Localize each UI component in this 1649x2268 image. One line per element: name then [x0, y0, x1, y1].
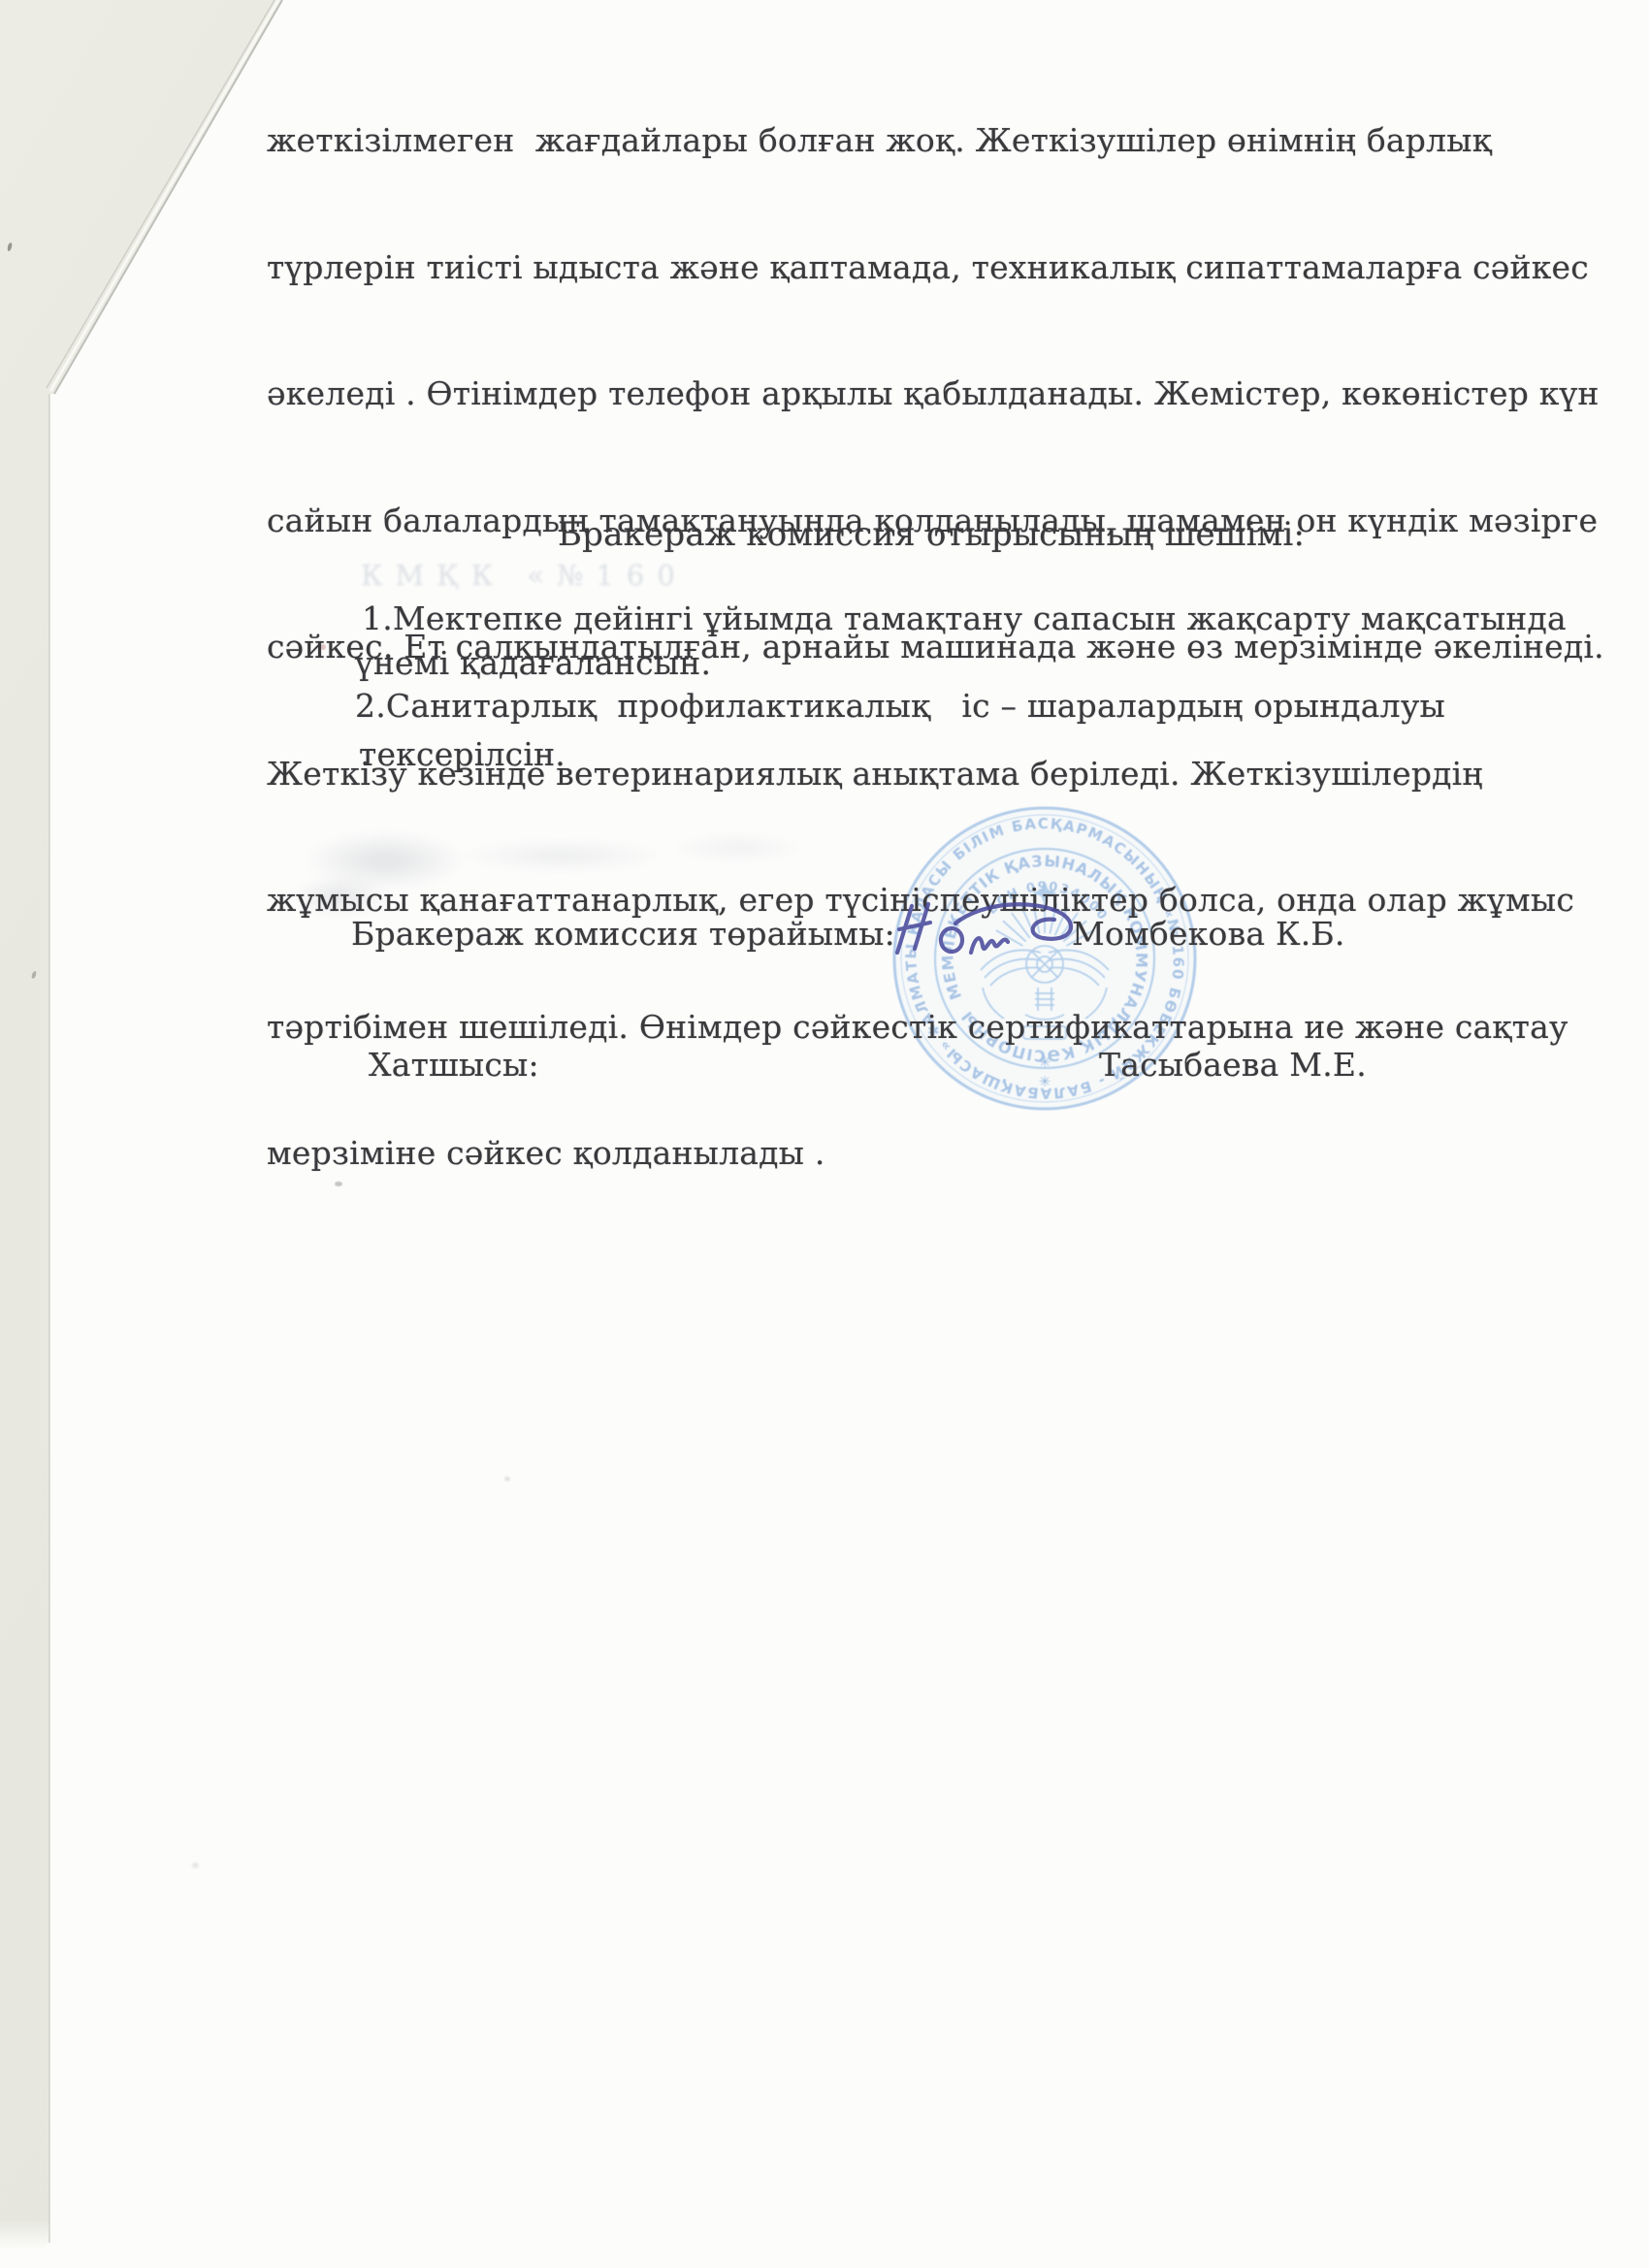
paragraph-line: тәртібімен шешіледі. Өнімдер сәйкестік с…	[267, 1006, 1604, 1049]
document-content: жеткізілмеген жағдайлары болған жоқ. Жет…	[0, 0, 1649, 2268]
decision-line: 2.Санитарлық профилактикалық іс – шарала…	[355, 687, 1445, 725]
paragraph-line: жеткізілмеген жағдайлары болған жоқ. Жет…	[267, 119, 1604, 162]
decision-line: тексерілсін.	[359, 735, 566, 773]
paragraph-line: мерзіміне сәйкес қолданылады .	[267, 1132, 1604, 1175]
paragraph-line: түрлерін тиісті ыдыста және қаптамада, т…	[267, 246, 1604, 289]
signature-role-label: Бракераж комиссия төрайымы:	[351, 915, 895, 953]
handwritten-signature-ink	[888, 891, 1091, 978]
signature-role-label: Хатшысы:	[369, 1046, 539, 1084]
decision-line: үнемі қадағалансын.	[355, 644, 711, 682]
scanned-document-page: АЛМАТЫ ҚАЛАСЫ БІЛІМ БАСҚАРМАСЫНЫҢ «№ 160…	[0, 0, 1649, 2268]
signatory-name: Тасыбаева М.Е.	[1099, 1046, 1367, 1084]
ink-bleed-ghost-text: КМҚК «№160	[361, 559, 688, 592]
section-heading: Бракераж комиссия отырысының шешімі:	[558, 515, 1305, 554]
signatory-name: Момбекова К.Б.	[1072, 915, 1345, 953]
decision-line: 1.Мектепке дейінгі ұйымда тамақтану сапа…	[362, 599, 1567, 637]
paragraph-line: әкеледі . Өтінімдер телефон арқылы қабыл…	[267, 373, 1604, 415]
